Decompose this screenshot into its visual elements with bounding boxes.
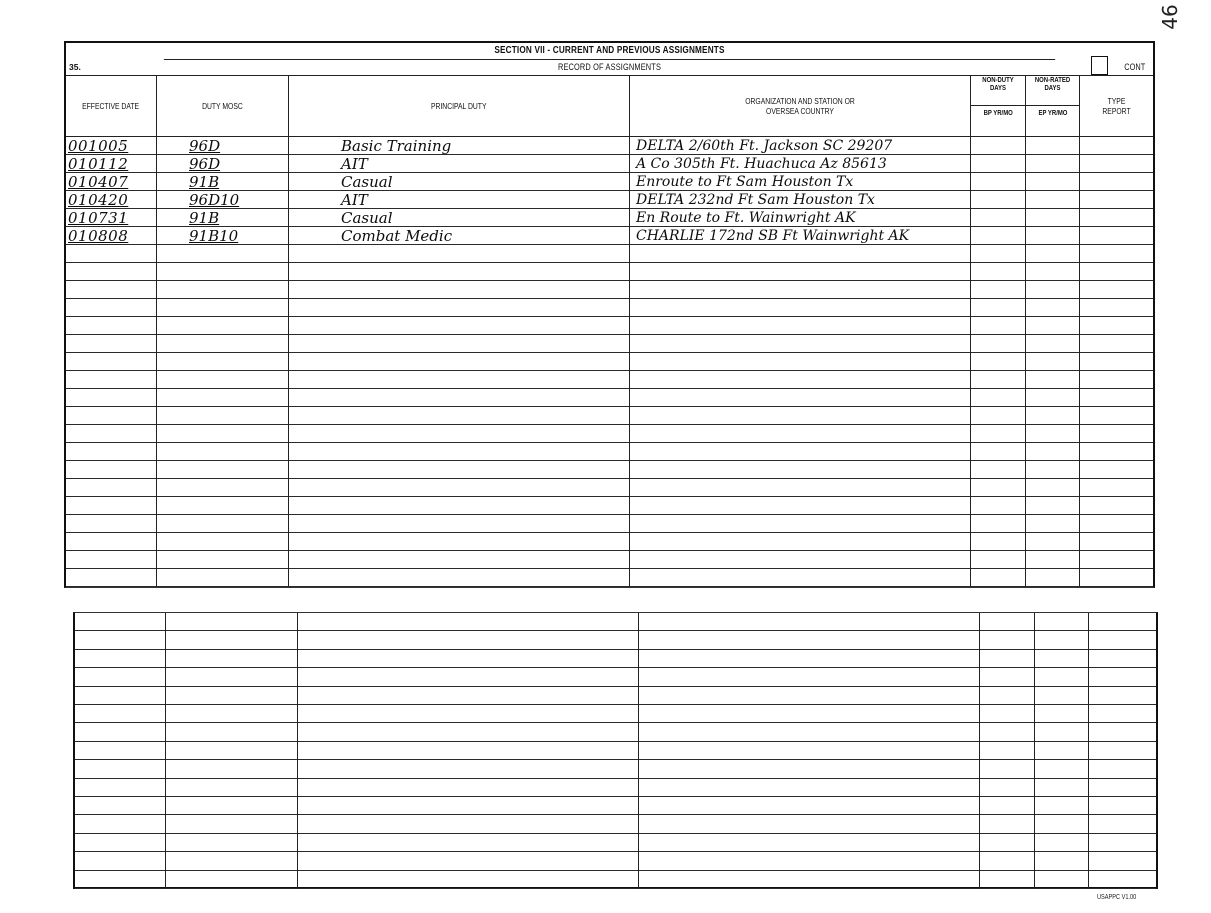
non-rated-cell[interactable] [1035, 668, 1089, 686]
duty-mosc-cell[interactable] [166, 723, 298, 741]
type-report-cell[interactable] [1089, 852, 1162, 870]
principal-duty-cell[interactable] [289, 515, 630, 533]
type-report-cell[interactable] [1080, 389, 1153, 407]
non-duty-cell[interactable] [971, 281, 1026, 299]
principal-duty-cell[interactable] [298, 779, 639, 797]
non-rated-cell[interactable] [1026, 461, 1080, 479]
non-duty-cell[interactable] [980, 852, 1035, 870]
organization-cell[interactable] [630, 263, 971, 281]
table-row [75, 852, 1156, 870]
table-row [66, 533, 1153, 551]
table-row [66, 353, 1153, 371]
type-report-cell[interactable] [1089, 742, 1162, 760]
duty-mosc-cell[interactable] [166, 705, 298, 723]
duty-mosc-cell[interactable] [157, 533, 289, 551]
duty-mosc-cell[interactable] [157, 317, 289, 335]
section-title: SECTION VII - CURRENT AND PREVIOUS ASSIG… [164, 43, 1055, 60]
principal-duty-cell[interactable] [289, 371, 630, 389]
non-rated-cell[interactable] [1035, 760, 1089, 778]
type-report-cell[interactable] [1089, 705, 1162, 723]
duty-mosc-cell[interactable]: 91B [157, 173, 289, 191]
type-report-cell[interactable] [1080, 299, 1153, 317]
organization-cell[interactable] [639, 631, 980, 649]
effective-date-cell[interactable] [66, 281, 157, 299]
non-rated-cell[interactable] [1026, 479, 1080, 497]
organization-cell[interactable]: DELTA 2/60th Ft. Jackson SC 29207 [630, 137, 971, 155]
organization-cell[interactable] [639, 834, 980, 852]
principal-duty-cell[interactable] [289, 299, 630, 317]
effective-date-cell[interactable] [75, 705, 166, 723]
duty-mosc-cell[interactable] [166, 742, 298, 760]
duty-mosc-cell[interactable]: 91B [157, 209, 289, 227]
duty-mosc-cell[interactable]: 91B10 [157, 227, 289, 245]
principal-duty-cell[interactable] [289, 353, 630, 371]
type-report-cell[interactable] [1080, 551, 1153, 569]
duty-mosc-cell[interactable] [157, 569, 289, 587]
non-duty-cell[interactable] [971, 479, 1026, 497]
type-report-cell[interactable] [1089, 815, 1162, 833]
organization-cell[interactable]: En Route to Ft. Wainwright AK [630, 209, 971, 227]
non-duty-cell[interactable] [980, 631, 1035, 649]
type-report-cell[interactable] [1089, 613, 1162, 631]
non-rated-cell[interactable] [1026, 371, 1080, 389]
effective-date-cell[interactable] [75, 760, 166, 778]
effective-date-cell[interactable] [75, 815, 166, 833]
effective-date-cell[interactable] [75, 631, 166, 649]
duty-mosc-cell[interactable] [157, 515, 289, 533]
principal-duty-cell[interactable] [298, 871, 639, 889]
effective-date-cell[interactable] [75, 650, 166, 668]
effective-date-cell[interactable]: 010112 [66, 155, 157, 173]
non-duty-cell[interactable] [971, 191, 1026, 209]
principal-duty-cell[interactable] [289, 569, 630, 587]
organization-cell[interactable] [630, 551, 971, 569]
principal-duty-cell[interactable] [298, 668, 639, 686]
non-rated-cell[interactable] [1026, 569, 1080, 587]
non-rated-cell[interactable] [1026, 335, 1080, 353]
organization-cell[interactable] [639, 852, 980, 870]
non-duty-cell[interactable] [971, 569, 1026, 587]
table-row [66, 335, 1153, 353]
non-rated-cell[interactable] [1035, 779, 1089, 797]
type-report-cell[interactable] [1080, 155, 1153, 173]
principal-duty-cell[interactable] [298, 815, 639, 833]
effective-date-cell[interactable] [66, 533, 157, 551]
non-duty-cell[interactable] [971, 371, 1026, 389]
non-duty-cell[interactable] [980, 834, 1035, 852]
type-report-cell[interactable] [1089, 797, 1162, 815]
non-duty-cell[interactable] [971, 551, 1026, 569]
principal-duty-cell[interactable] [289, 551, 630, 569]
non-rated-cell[interactable] [1026, 515, 1080, 533]
organization-cell[interactable] [639, 687, 980, 705]
organization-cell[interactable] [630, 389, 971, 407]
principal-duty-cell[interactable] [298, 760, 639, 778]
non-duty-cell[interactable] [971, 227, 1026, 245]
type-report-cell[interactable] [1080, 533, 1153, 551]
principal-duty-cell[interactable] [298, 631, 639, 649]
page-number: 46 [1155, 0, 1185, 37]
non-duty-cell[interactable] [971, 263, 1026, 281]
duty-mosc-cell[interactable] [157, 443, 289, 461]
type-report-cell[interactable] [1080, 245, 1153, 263]
principal-duty-cell[interactable] [298, 613, 639, 631]
non-duty-cell[interactable] [971, 353, 1026, 371]
effective-date-cell[interactable] [75, 613, 166, 631]
effective-date-cell[interactable]: 010407 [66, 173, 157, 191]
duty-mosc-cell[interactable] [166, 834, 298, 852]
table-row: 01073191BCasualEn Route to Ft. Wainwrigh… [66, 209, 1153, 227]
effective-date-cell[interactable] [75, 797, 166, 815]
effective-date-cell[interactable] [66, 425, 157, 443]
principal-duty-cell[interactable] [289, 443, 630, 461]
non-rated-cell[interactable] [1026, 137, 1080, 155]
organization-cell[interactable] [630, 299, 971, 317]
duty-mosc-cell[interactable] [166, 815, 298, 833]
duty-mosc-cell[interactable] [157, 551, 289, 569]
organization-cell[interactable] [630, 479, 971, 497]
effective-date-cell[interactable] [66, 497, 157, 515]
duty-mosc-cell[interactable]: 96D [157, 155, 289, 173]
type-report-cell[interactable] [1080, 569, 1153, 587]
principal-duty-cell[interactable]: Casual [289, 209, 630, 227]
principal-duty-cell[interactable] [289, 479, 630, 497]
non-duty-cell[interactable] [971, 389, 1026, 407]
duty-mosc-cell[interactable] [157, 245, 289, 263]
principal-duty-cell[interactable] [289, 245, 630, 263]
non-duty-cell[interactable] [971, 335, 1026, 353]
organization-cell[interactable] [630, 335, 971, 353]
type-report-cell[interactable] [1080, 497, 1153, 515]
duty-mosc-cell[interactable] [157, 461, 289, 479]
non-rated-cell[interactable] [1026, 281, 1080, 299]
table-row [66, 497, 1153, 515]
type-report-cell[interactable] [1089, 834, 1162, 852]
organization-cell[interactable] [630, 533, 971, 551]
type-report-cell[interactable] [1080, 425, 1153, 443]
effective-date-cell[interactable] [66, 515, 157, 533]
effective-date-cell[interactable] [75, 871, 166, 889]
organization-cell[interactable] [630, 515, 971, 533]
effective-date-cell[interactable] [75, 742, 166, 760]
non-rated-cell[interactable] [1035, 687, 1089, 705]
non-duty-cell[interactable] [971, 155, 1026, 173]
type-report-cell[interactable] [1080, 335, 1153, 353]
non-rated-cell[interactable] [1035, 852, 1089, 870]
effective-date-cell[interactable] [66, 389, 157, 407]
non-duty-cell[interactable] [980, 871, 1035, 889]
duty-mosc-cell[interactable]: 96D10 [157, 191, 289, 209]
type-report-cell[interactable] [1080, 317, 1153, 335]
table-row [66, 263, 1153, 281]
principal-duty-cell[interactable]: Casual [289, 173, 630, 191]
non-duty-bp-label: BP YR/MO [971, 106, 1025, 136]
organization-cell[interactable]: A Co 305th Ft. Huachuca Az 85613 [630, 155, 971, 173]
non-duty-cell[interactable] [971, 245, 1026, 263]
principal-duty-cell[interactable] [298, 705, 639, 723]
non-duty-cell[interactable] [980, 797, 1035, 815]
duty-mosc-cell[interactable] [157, 281, 289, 299]
organization-cell[interactable] [639, 723, 980, 741]
non-rated-cell[interactable] [1026, 497, 1080, 515]
type-report-cell[interactable] [1089, 631, 1162, 649]
table-row [66, 317, 1153, 335]
duty-mosc-cell[interactable] [157, 425, 289, 443]
effective-date-cell[interactable] [75, 779, 166, 797]
principal-duty-cell[interactable]: AIT [289, 191, 630, 209]
organization-cell[interactable] [639, 797, 980, 815]
duty-mosc-cell[interactable] [157, 353, 289, 371]
type-report-cell[interactable] [1080, 209, 1153, 227]
effective-date-cell[interactable] [66, 317, 157, 335]
organization-cell[interactable] [630, 425, 971, 443]
effective-date-cell[interactable]: 010731 [66, 209, 157, 227]
table-row [66, 389, 1153, 407]
effective-date-cell[interactable] [66, 479, 157, 497]
effective-date-cell[interactable] [66, 551, 157, 569]
organization-cell[interactable] [630, 353, 971, 371]
table-row [75, 760, 1156, 778]
non-rated-cell[interactable] [1035, 723, 1089, 741]
non-rated-cell[interactable] [1035, 613, 1089, 631]
effective-date-cell[interactable] [75, 834, 166, 852]
type-report-cell[interactable] [1080, 461, 1153, 479]
non-duty-cell[interactable] [980, 705, 1035, 723]
principal-duty-cell[interactable] [298, 797, 639, 815]
non-rated-cell[interactable] [1035, 815, 1089, 833]
organization-cell[interactable] [639, 871, 980, 889]
non-duty-cell[interactable] [971, 533, 1026, 551]
non-rated-cell[interactable] [1026, 443, 1080, 461]
non-duty-cell[interactable] [971, 299, 1026, 317]
effective-date-cell[interactable]: 010420 [66, 191, 157, 209]
non-duty-cell[interactable] [971, 137, 1026, 155]
principal-duty-cell[interactable] [289, 335, 630, 353]
organization-cell[interactable] [639, 742, 980, 760]
type-report-cell[interactable] [1080, 371, 1153, 389]
header-label: PRINCIPAL DUTY [431, 101, 487, 111]
non-duty-cell[interactable] [971, 209, 1026, 227]
non-duty-cell[interactable] [980, 687, 1035, 705]
principal-duty-cell[interactable] [289, 317, 630, 335]
non-rated-cell[interactable] [1026, 209, 1080, 227]
duty-mosc-cell[interactable] [157, 299, 289, 317]
organization-cell[interactable] [639, 650, 980, 668]
principal-duty-cell[interactable]: Basic Training [289, 137, 630, 155]
non-rated-cell[interactable] [1035, 742, 1089, 760]
principal-duty-cell[interactable] [289, 407, 630, 425]
principal-duty-cell[interactable] [289, 461, 630, 479]
organization-cell[interactable]: Enroute to Ft Sam Houston Tx [630, 173, 971, 191]
principal-duty-cell[interactable] [298, 834, 639, 852]
effective-date-cell[interactable] [66, 299, 157, 317]
table-row [75, 705, 1156, 723]
effective-date-cell[interactable] [66, 443, 157, 461]
duty-mosc-cell[interactable] [166, 613, 298, 631]
duty-mosc-cell[interactable] [166, 852, 298, 870]
duty-mosc-cell[interactable] [166, 760, 298, 778]
principal-duty-cell[interactable] [289, 425, 630, 443]
cont-checkbox[interactable] [1091, 56, 1108, 75]
principal-duty-cell[interactable] [289, 281, 630, 299]
non-duty-cell[interactable] [971, 425, 1026, 443]
type-report-cell[interactable] [1089, 871, 1162, 889]
principal-duty-cell[interactable] [298, 687, 639, 705]
non-duty-cell[interactable] [971, 443, 1026, 461]
organization-cell[interactable] [630, 497, 971, 515]
non-rated-cell[interactable] [1026, 245, 1080, 263]
non-duty-cell[interactable] [980, 723, 1035, 741]
effective-date-cell[interactable] [66, 407, 157, 425]
type-report-cell[interactable] [1089, 687, 1162, 705]
duty-mosc-cell[interactable] [166, 631, 298, 649]
non-rated-cell[interactable] [1026, 263, 1080, 281]
effective-date-cell[interactable] [75, 668, 166, 686]
duty-mosc-cell[interactable] [157, 371, 289, 389]
type-report-cell[interactable] [1080, 227, 1153, 245]
non-duty-cell[interactable] [980, 668, 1035, 686]
effective-date-cell[interactable]: 001005 [66, 137, 157, 155]
non-rated-cell[interactable] [1026, 173, 1080, 191]
organization-cell[interactable] [639, 815, 980, 833]
non-duty-cell[interactable] [971, 497, 1026, 515]
type-report-cell[interactable] [1089, 779, 1162, 797]
record-bar: 35. RECORD OF ASSIGNMENTS CONT [66, 60, 1153, 76]
non-rated-cell[interactable] [1026, 299, 1080, 317]
duty-mosc-cell[interactable] [157, 407, 289, 425]
non-rated-cell[interactable] [1035, 797, 1089, 815]
effective-date-cell[interactable] [66, 461, 157, 479]
type-report-cell[interactable] [1080, 407, 1153, 425]
duty-mosc-cell[interactable] [166, 779, 298, 797]
organization-cell[interactable] [630, 407, 971, 425]
non-duty-cell[interactable] [980, 613, 1035, 631]
principal-duty-cell[interactable] [289, 263, 630, 281]
table-row [75, 797, 1156, 815]
non-duty-cell[interactable] [971, 461, 1026, 479]
type-report-cell[interactable] [1080, 137, 1153, 155]
effective-date-cell[interactable] [66, 353, 157, 371]
type-report-cell[interactable] [1080, 173, 1153, 191]
non-rated-cell[interactable] [1026, 353, 1080, 371]
duty-mosc-cell[interactable] [157, 389, 289, 407]
non-duty-cell[interactable] [980, 815, 1035, 833]
non-duty-cell[interactable] [971, 407, 1026, 425]
non-duty-cell[interactable] [971, 173, 1026, 191]
duty-mosc-cell[interactable] [166, 668, 298, 686]
effective-date-cell[interactable] [75, 852, 166, 870]
effective-date-cell[interactable] [66, 569, 157, 587]
non-rated-cell[interactable] [1035, 834, 1089, 852]
table-row [75, 742, 1156, 760]
principal-duty-cell[interactable]: AIT [289, 155, 630, 173]
principal-duty-cell[interactable] [298, 742, 639, 760]
organization-cell[interactable] [639, 668, 980, 686]
effective-date-cell[interactable] [66, 335, 157, 353]
principal-duty-cell[interactable] [289, 533, 630, 551]
effective-date-cell[interactable] [66, 263, 157, 281]
non-duty-cell[interactable] [971, 515, 1026, 533]
principal-duty-cell[interactable] [289, 389, 630, 407]
effective-date-cell[interactable] [66, 245, 157, 263]
type-report-cell[interactable] [1080, 281, 1153, 299]
organization-cell[interactable] [630, 281, 971, 299]
non-rated-cell[interactable] [1035, 871, 1089, 889]
type-report-cell[interactable] [1080, 353, 1153, 371]
principal-duty-cell[interactable]: Combat Medic [289, 227, 630, 245]
principal-duty-cell[interactable] [298, 723, 639, 741]
duty-mosc-cell[interactable] [157, 335, 289, 353]
effective-date-cell[interactable] [75, 723, 166, 741]
effective-date-cell[interactable] [75, 687, 166, 705]
organization-cell[interactable] [630, 443, 971, 461]
type-report-cell[interactable] [1089, 723, 1162, 741]
type-report-cell[interactable] [1089, 668, 1162, 686]
non-rated-cell[interactable] [1035, 631, 1089, 649]
non-rated-cell[interactable] [1026, 551, 1080, 569]
organization-cell[interactable] [639, 760, 980, 778]
type-report-cell[interactable] [1080, 515, 1153, 533]
non-duty-cell[interactable] [980, 650, 1035, 668]
organization-cell[interactable] [630, 317, 971, 335]
non-rated-cell[interactable] [1026, 317, 1080, 335]
organization-cell[interactable]: CHARLIE 172nd SB Ft Wainwright AK [630, 227, 971, 245]
organization-cell[interactable] [639, 779, 980, 797]
duty-mosc-cell[interactable] [157, 479, 289, 497]
non-rated-cell[interactable] [1026, 155, 1080, 173]
non-rated-cell[interactable] [1026, 425, 1080, 443]
duty-mosc-cell[interactable] [166, 650, 298, 668]
type-report-cell[interactable] [1080, 191, 1153, 209]
non-rated-cell[interactable] [1026, 533, 1080, 551]
type-report-cell[interactable] [1080, 263, 1153, 281]
organization-cell[interactable] [630, 245, 971, 263]
organization-cell[interactable] [630, 371, 971, 389]
non-rated-cell[interactable] [1026, 227, 1080, 245]
non-duty-cell[interactable] [980, 760, 1035, 778]
organization-cell[interactable] [639, 705, 980, 723]
table-row [75, 834, 1156, 852]
organization-cell[interactable]: DELTA 232nd Ft Sam Houston Tx [630, 191, 971, 209]
non-rated-cell[interactable] [1026, 407, 1080, 425]
duty-mosc-cell[interactable]: 96D [157, 137, 289, 155]
type-report-cell[interactable] [1089, 650, 1162, 668]
organization-cell[interactable] [630, 461, 971, 479]
non-rated-cell[interactable] [1026, 389, 1080, 407]
type-report-cell[interactable] [1080, 479, 1153, 497]
effective-date-cell[interactable]: 010808 [66, 227, 157, 245]
duty-mosc-cell[interactable] [166, 871, 298, 889]
effective-date-cell[interactable] [66, 371, 157, 389]
principal-duty-cell[interactable] [289, 497, 630, 515]
duty-mosc-cell[interactable] [157, 263, 289, 281]
principal-duty-cell[interactable] [298, 852, 639, 870]
principal-duty-cell[interactable] [298, 650, 639, 668]
duty-mosc-cell[interactable] [166, 797, 298, 815]
non-duty-cell[interactable] [971, 317, 1026, 335]
type-report-cell[interactable] [1089, 760, 1162, 778]
organization-cell[interactable] [639, 613, 980, 631]
non-rated-cell[interactable] [1035, 650, 1089, 668]
organization-cell[interactable] [630, 569, 971, 587]
non-rated-cell[interactable] [1026, 191, 1080, 209]
duty-mosc-cell[interactable] [157, 497, 289, 515]
non-duty-cell[interactable] [980, 779, 1035, 797]
type-report-cell[interactable] [1080, 443, 1153, 461]
non-rated-cell[interactable] [1035, 705, 1089, 723]
non-duty-cell[interactable] [980, 742, 1035, 760]
duty-mosc-cell[interactable] [166, 687, 298, 705]
